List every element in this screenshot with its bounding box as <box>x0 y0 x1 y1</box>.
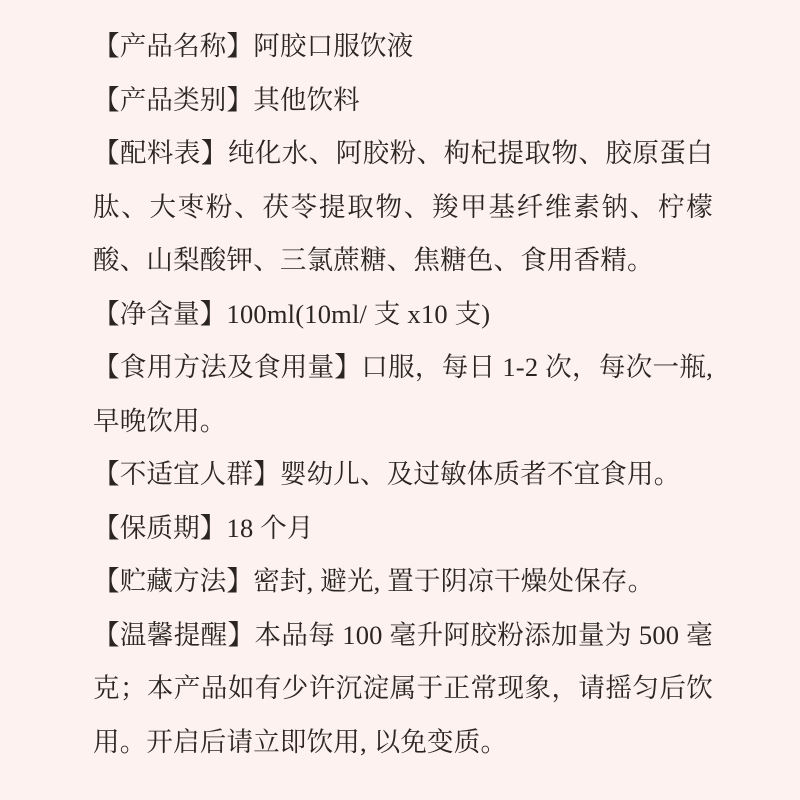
section-text: 其他饮料 <box>253 85 360 115</box>
section-shelf-life: 【保质期】18 个月 <box>93 502 713 556</box>
section-text: 100ml(10ml/ 支 x10 支) <box>227 299 491 329</box>
section-warm-reminder: 【温馨提醒】本品每 100 毫升阿胶粉添加量为 500 毫克；本产品如有少许沉淀… <box>93 609 713 770</box>
section-label: 【温馨提醒】 <box>93 620 254 650</box>
section-label: 【保质期】 <box>93 513 227 543</box>
section-label: 【净含量】 <box>93 299 227 329</box>
product-info-sheet: 【产品名称】阿胶口服饮液 【产品类别】其他饮料 【配料表】纯化水、阿胶粉、枸杞提… <box>93 20 713 769</box>
section-label: 【产品类别】 <box>93 85 253 115</box>
section-product-category: 【产品类别】其他饮料 <box>93 74 713 128</box>
section-text: 18 个月 <box>227 513 314 543</box>
section-text: 密封, 避光, 置于阴凉干燥处保存。 <box>253 566 654 596</box>
section-label: 【食用方法及食用量】 <box>93 352 361 382</box>
section-text: 婴幼儿、及过敏体质者不宜食用。 <box>280 459 681 489</box>
section-usage-method: 【食用方法及食用量】口服，每日 1-2 次，每次一瓶, 早晚饮用。 <box>93 341 713 448</box>
section-ingredients: 【配料表】纯化水、阿胶粉、枸杞提取物、胶原蛋白肽、大枣粉、茯苓提取物、羧甲基纤维… <box>93 127 713 288</box>
section-unsuitable-groups: 【不适宜人群】婴幼儿、及过敏体质者不宜食用。 <box>93 448 713 502</box>
section-label: 【配料表】 <box>93 138 228 168</box>
section-net-content: 【净含量】100ml(10ml/ 支 x10 支) <box>93 288 713 342</box>
section-label: 【产品名称】 <box>93 31 253 61</box>
section-label: 【不适宜人群】 <box>93 459 280 489</box>
section-product-name: 【产品名称】阿胶口服饮液 <box>93 20 713 74</box>
section-label: 【贮藏方法】 <box>93 566 253 596</box>
section-text: 阿胶口服饮液 <box>253 31 413 61</box>
section-storage-method: 【贮藏方法】密封, 避光, 置于阴凉干燥处保存。 <box>93 555 713 609</box>
